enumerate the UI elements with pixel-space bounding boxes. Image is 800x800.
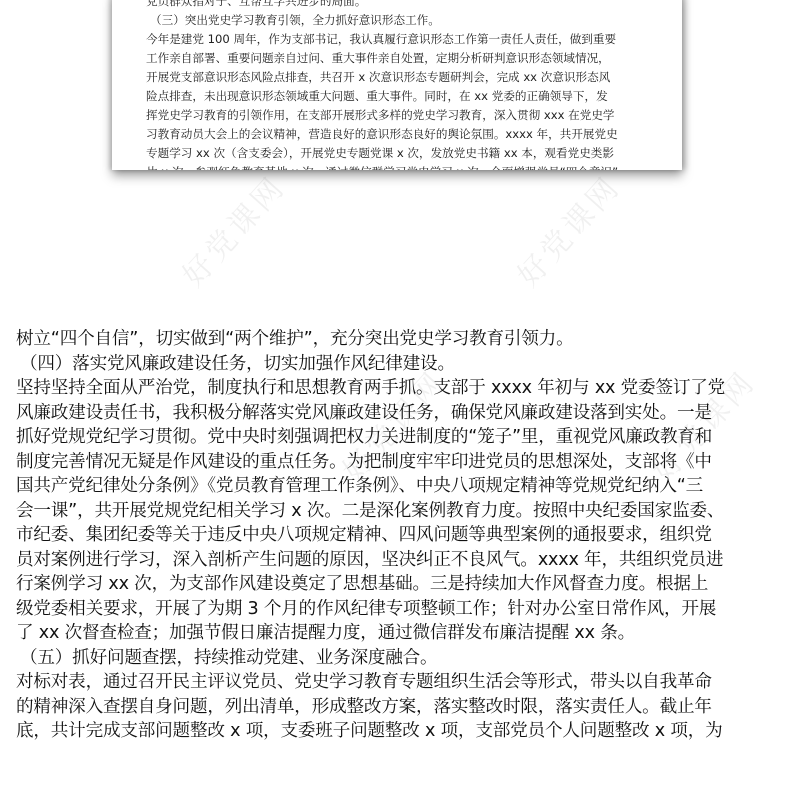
body-line: 坚持坚持全面从严治党，制度执行和思想教育两手抓。支部于 xxxx 年初与 xx …: [16, 376, 792, 401]
preview-text: 党员群众指对于、互帮互学共进步的局面。 （三）突出党史学习教育引领，全力抓好意识…: [146, 0, 656, 170]
preview-line: 挥党史学习教育的引领作用，在支部开展形式多样的党史学习教育，深入贯彻 xxx 在…: [146, 106, 656, 125]
document-body: 树立“四个自信”，切实做到“两个维护”，充分突出党史学习教育引领力。 （四）落实…: [16, 327, 792, 744]
body-line: 市纪委、集团纪委等关于违反中央八项规定精神、四风问题等典型案例的通报要求，组织党: [16, 523, 792, 548]
section-heading: （四）落实党风廉政建设任务，切实加强作风纪律建设。: [16, 352, 792, 377]
preview-line: 专题学习 xx 次（含支委会），开展党史专题党课 x 次，发放党史书籍 xx 本…: [146, 144, 656, 163]
body-line: 对标对表，通过召开民主评议党员、党史学习教育专题组织生活会等形式，带头以自我革命: [16, 670, 792, 695]
preview-line: 今年是建党 100 周年，作为支部书记，我认真履行意识形态工作第一责任人责任，做…: [146, 30, 656, 49]
preview-line: 党员群众指对于、互帮互学共进步的局面。: [146, 0, 656, 11]
preview-line: 片 x 次，参观红色教育基地 x 次，通过微信群学习党史学习 x 次，全面增强党…: [146, 163, 656, 170]
watermark: 好党课网: [505, 164, 629, 295]
body-line: 级党委相关要求，开展了为期 3 个月的作风纪律专项整顿工作；针对办公室日常作风，…: [16, 597, 792, 622]
section-heading: （三）突出党史学习教育引领，全力抓好意识形态工作。: [146, 11, 656, 30]
body-line: 风廉政建设责任书，我积极分解落实党风廉政建设任务，确保党风廉政建设落到实处。一是: [16, 401, 792, 426]
body-line: 了 xx 次督查检查；加强节假日廉洁提醒力度，通过微信群发布廉洁提醒 xx 条。: [16, 621, 792, 646]
preview-line: 习教育动员大会上的会议精神，营造良好的意识形态良好的舆论氛围。xxxx 年，共开…: [146, 125, 656, 144]
body-line: 国共产党纪律处分条例》《党员教育管理工作条例》、中央八项规定精神等党规党纪纳入“…: [16, 474, 792, 499]
preview-line: 险点排查，未出现意识形态领域重大问题、重大事件。同时，在 xx 党委的正确领导下…: [146, 87, 656, 106]
page-preview-card: 党员群众指对于、互帮互学共进步的局面。 （三）突出党史学习教育引领，全力抓好意识…: [112, 0, 682, 170]
preview-line: 开展党支部意识形态风险点排查，共召开 x 次意识形态专题研判会，完成 xx 次意…: [146, 68, 656, 87]
watermark: 好党课网: [170, 164, 294, 295]
preview-line: 工作亲自部署、重要问题亲自过问、重大事件亲自处置，定期分析研判意识形态领域情况，: [146, 49, 656, 68]
body-line: 员对案例进行学习，深入剖析产生问题的原因，坚决纠正不良风气。xxxx 年，共组织…: [16, 548, 792, 573]
body-line: 树立“四个自信”，切实做到“两个维护”，充分突出党史学习教育引领力。: [16, 327, 792, 352]
body-line: 行案例学习 xx 次，为支部作风建设奠定了思想基础。三是持续加大作风督查力度。根…: [16, 572, 792, 597]
section-heading: （五）抓好问题查摆，持续推动党建、业务深度融合。: [16, 646, 792, 671]
body-line: 制度完善情况无疑是作风建设的重点任务。为把制度牢牢印进党员的思想深处，支部将《中: [16, 450, 792, 475]
body-line: 会一课”，共开展党规党纪相关学习 x 次。二是深化案例教育力度。按照中央纪委国家…: [16, 499, 792, 524]
body-line: 底，共计完成支部问题整改 x 项，支委班子问题整改 x 项，支部党员个人问题整改…: [16, 719, 792, 744]
body-line: 的精神深入查摆自身问题，列出清单，形成整改方案，落实整改时限，落实责任人。截止年: [16, 695, 792, 720]
body-line: 抓好党规党纪学习贯彻。党中央时刻强调把权力关进制度的“笼子”里，重视党风廉政教育…: [16, 425, 792, 450]
